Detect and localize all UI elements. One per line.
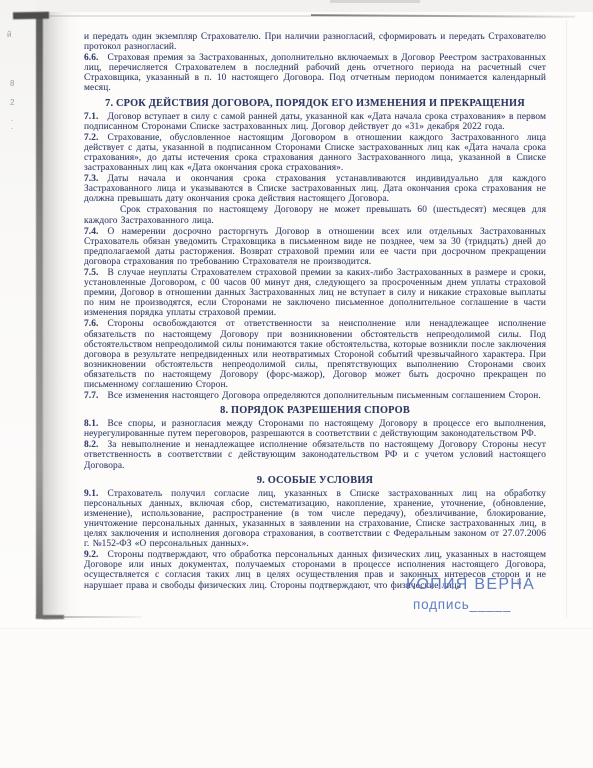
- clause-7-4: 7.4.О намерении досрочно расторгнуть Дог…: [84, 227, 546, 267]
- clause-7-6: 7.6.Стороны освобождаются от ответственн…: [84, 319, 546, 390]
- clause-8-2: 8.2.За невыполнение и ненадлежащее испол…: [84, 440, 546, 470]
- contract-text-column: и передать один экземпляр Страхователю. …: [84, 32, 546, 592]
- clause-number: 9.2.: [84, 550, 98, 560]
- section-heading-8: 8. ПОРЯДОК РАЗРЕШЕНИЯ СПОРОВ: [84, 405, 546, 416]
- page-top-corner-mark: [13, 12, 49, 20]
- page-top-edge-line: [311, 14, 575, 17]
- clause-number: 7.1.: [84, 112, 98, 122]
- clause-text: В случае неуплаты Страхователем страхово…: [84, 268, 546, 318]
- clause-7-1: 7.1.Договор вступает в силу с самой ранн…: [84, 112, 546, 132]
- page-top-edge-line-faint: [49, 15, 311, 17]
- clause-7-7: 7.7.Все изменения настоящего Договора оп…: [84, 391, 546, 401]
- page-number: 5: [517, 578, 521, 587]
- scan-top-smudge: [330, 0, 420, 3]
- clause-number: 9.1.: [84, 489, 98, 499]
- clause-number: 7.6.: [84, 319, 98, 329]
- clause-number: 7.3.: [84, 174, 98, 184]
- clause-number: 7.7.: [84, 391, 98, 401]
- stamp-signature-line: подпись_____: [413, 597, 535, 612]
- clause-7-5: 7.5.В случае неуплаты Страхователем стра…: [84, 268, 546, 318]
- clause-text: Страховая премия за Застрахованных, допо…: [84, 53, 546, 93]
- clause-9-1: 9.1.Страхователь получил согласие лиц, у…: [84, 489, 546, 550]
- page-left-shadow-fade: [43, 12, 83, 620]
- clause-text: О намерении досрочно расторгнуть Договор…: [84, 227, 546, 267]
- copy-certification-stamp: КОПИЯ ВЕРНА подпись_____: [406, 576, 535, 612]
- clause-6-6: 6.6.Страховая премия за Застрахованных, …: [84, 53, 546, 93]
- clause-7-2: 7.2.Страхование, обусловленное настоящим…: [84, 133, 546, 173]
- clause-text: Все споры, и разногласия между Сторонами…: [84, 419, 546, 439]
- clause-number: 7.4.: [84, 227, 98, 237]
- page-left-edge-shadow: [36, 14, 43, 618]
- page-bottom-corner-mark: [36, 615, 64, 619]
- section-heading-7: 7. СРОК ДЕЙСТВИЯ ДОГОВОРА, ПОРЯДОК ЕГО И…: [84, 98, 546, 109]
- clause-text: Договор вступает в силу с самой ранней д…: [84, 112, 546, 132]
- clause-text: За невыполнение и ненадлежащее исполнени…: [84, 440, 546, 470]
- section-heading-9: 9. ОСОБЫЕ УСЛОВИЯ: [84, 475, 546, 486]
- page-bottom-edge-line: [64, 616, 142, 618]
- scan-left-strip: [0, 0, 36, 628]
- clause-continuation: и передать один экземпляр Страхователю. …: [84, 32, 546, 52]
- scanned-contract-page: й 8 2 . . и передать один экземпляр Стра…: [0, 0, 593, 768]
- clause-text: и передать один экземпляр Страхователю. …: [84, 32, 546, 52]
- margin-bleed-mark: .: [11, 122, 13, 131]
- clause-text: Все изменения настоящего Договора опреде…: [107, 391, 540, 401]
- margin-bleed-mark: 2: [10, 98, 14, 107]
- clause-text: Срок страхования по настоящему Договору …: [84, 205, 546, 225]
- clause-7-3-continuation: Срок страхования по настоящему Договору …: [84, 205, 546, 225]
- clause-number: 6.6.: [84, 53, 98, 63]
- clause-text: Страхователь получил согласие лиц, указа…: [84, 489, 546, 549]
- margin-bleed-mark: 8: [10, 79, 14, 88]
- clause-7-3: 7.3.Даты начала и окончания срока страхо…: [84, 174, 546, 204]
- clause-8-1: 8.1.Все споры, и разногласия между Сторо…: [84, 419, 546, 439]
- clause-number: 8.2.: [84, 440, 98, 450]
- stamp-copy-verna-text: КОПИЯ ВЕРНА: [406, 576, 535, 594]
- page-right-edge-line: [566, 20, 567, 618]
- scan-area-below-page: [0, 628, 593, 768]
- clause-number: 7.2.: [84, 133, 98, 143]
- clause-text: Страхование, обусловленное настоящим Дог…: [84, 133, 546, 173]
- clause-text: Стороны освобождаются от ответственности…: [84, 319, 546, 390]
- scan-top-strip: [0, 0, 593, 12]
- clause-text: Даты начала и окончания срока страховани…: [84, 174, 546, 204]
- clause-number: 7.5.: [84, 268, 98, 278]
- margin-bleed-mark: й: [7, 30, 11, 39]
- clause-number: 8.1.: [84, 419, 98, 429]
